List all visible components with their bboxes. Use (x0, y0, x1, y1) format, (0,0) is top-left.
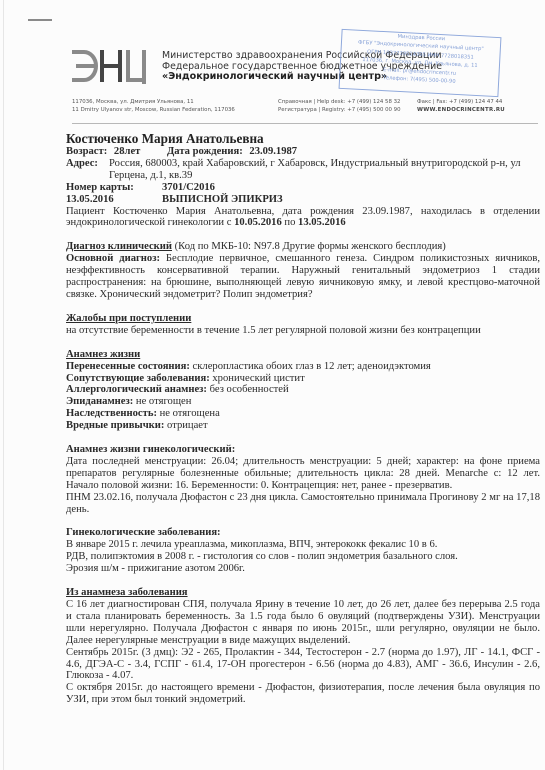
diagnosis-heading-row: Диагноз клинический (Код по МКБ-10: N97.… (66, 241, 540, 253)
document-title-row: 13.05.2016 ВЫПИСНОЙ ЭПИКРИЗ (66, 194, 540, 206)
patient-name: Костюченко Мария Анатольевна (66, 131, 540, 146)
item-value: отрицает (164, 420, 207, 431)
fax-web-block: Факс | Fax: +7 (499) 124 47 44 WWW.ENDOC… (417, 98, 505, 114)
address-block: 117036, Москва, ул. Дмитрия Ульянова, 11… (72, 98, 235, 114)
institution-stamp: Минздрав России ФГБУ "Эндокринологически… (339, 29, 502, 97)
disease-anamnesis-heading: Из анамнеза заболевания (66, 587, 540, 599)
address-row: Адрес: Россия, 680003, край Хабаровский,… (66, 158, 540, 182)
item-value: не отягощена (157, 408, 220, 419)
complaints-heading: Жалобы при поступлении (66, 313, 540, 325)
gyn-disease-line: Эрозия ш/м - прижигание азотом 2006г. (66, 563, 540, 575)
address-value: Россия, 680003, край Хабаровский, г Хаба… (109, 158, 540, 182)
item-label: Наследственность: (66, 408, 157, 419)
item-label: Сопутствующие заболевания: (66, 373, 210, 384)
card-label: Номер карты: (66, 182, 162, 194)
age-value: 28лет (114, 146, 140, 157)
dob-label: Дата рождения: (167, 146, 243, 157)
item-value: хронический цистит (210, 373, 305, 384)
icd-code-note: (Код по МКБ-10: N97.8 Другие формы женск… (172, 241, 446, 252)
diagnosis-heading: Диагноз клинический (66, 241, 172, 252)
lab-results-paragraph: Сентябрь 2015г. (3 дмц): Э2 - 265, Прола… (66, 647, 540, 683)
gyn-disease-line: РДВ, полипэктомия в 2008 г. - гистология… (66, 551, 540, 563)
item-label: Эпиданамнез: (66, 396, 133, 407)
disease-anamnesis-paragraph: С октября 2015г. до настоящего времени -… (66, 682, 540, 706)
life-anamnesis-heading: Анамнез жизни (66, 349, 540, 361)
helpdesk-phone: Справочная | Help desk: +7 (499) 124 58 … (278, 98, 401, 106)
stay-to-date: 13.05.2016 (298, 217, 346, 228)
scan-mark (28, 19, 52, 21)
disease-anamnesis-paragraph: С 16 лет диагностирован СПЯ, получала Яр… (66, 599, 540, 647)
life-anamnesis-item: Эпиданамнез: не отягощен (66, 396, 540, 408)
document-date: 13.05.2016 (66, 194, 162, 206)
document-title: ВЫПИСНОЙ ЭПИКРИЗ (162, 194, 283, 206)
address-label: Адрес: (66, 158, 109, 182)
item-value: без особенностей (207, 384, 289, 395)
life-anamnesis-item: Сопутствующие заболевания: хронический ц… (66, 373, 540, 385)
card-number-row: Номер карты: 3701/C2016 (66, 182, 540, 194)
document-page: Министерство здравоохранения Российской … (0, 0, 545, 770)
age-label: Возраст: (66, 146, 107, 157)
stay-from-date: 10.05.2016 (234, 217, 282, 228)
life-anamnesis-item: Аллергологический анамнез: без особеннос… (66, 384, 540, 396)
complaints-text: на отсутствие беременности в течение 1.5… (66, 325, 540, 337)
item-value: склеропластика обоих глаз в 12 лет; аден… (190, 361, 431, 372)
life-anamnesis-item: Вредные привычки: отрицает (66, 420, 540, 432)
main-diagnosis: Основной диагноз: Бесплодие первичное, с… (66, 253, 540, 301)
main-diagnosis-label: Основной диагноз: (66, 253, 160, 264)
header-divider (72, 123, 538, 124)
intro-paragraph: Пациент Костюченко Мария Анатольевна, да… (66, 206, 540, 230)
item-label: Перенесенные состояния: (66, 361, 190, 372)
item-label: Вредные привычки: (66, 420, 164, 431)
life-anamnesis-item: Наследственность: не отягощена (66, 408, 540, 420)
item-label: Аллергологический анамнез: (66, 384, 207, 395)
age-dob-row: Возраст: 28лет Дата рождения: 23.09.1987 (66, 146, 540, 158)
page-edge (3, 0, 4, 770)
gyn-disease-line: В январе 2015 г. лечила уреаплазма, мико… (66, 539, 540, 551)
card-value: 3701/C2016 (162, 182, 215, 194)
address-ru: 117036, Москва, ул. Дмитрия Ульянова, 11 (72, 98, 235, 106)
gyn-anamnesis-heading: Анамнез жизни гинекологический: (66, 444, 540, 456)
enc-logo (68, 48, 148, 84)
gyn-anamnesis-paragraph: Дата последней менструации: 26.04; длите… (66, 456, 540, 492)
address-en: 11 Dmitry Ulyanov str, Moscow, Russian F… (72, 106, 235, 114)
registry-phone: Регистратура | Registry: +7 (495) 500 00… (278, 106, 401, 114)
fax-number: Факс | Fax: +7 (499) 124 47 44 (417, 98, 505, 106)
life-anamnesis-item: Перенесенные состояния: склеропластика о… (66, 361, 540, 373)
item-value: не отягощен (133, 396, 191, 407)
gyn-diseases-heading: Гинекологические заболевания: (66, 527, 540, 539)
gyn-anamnesis-paragraph: ПНМ 23.02.16, получала Дюфастон с 23 дня… (66, 492, 540, 516)
dob-value: 23.09.1987 (249, 146, 297, 157)
intro-mid: по (282, 217, 298, 228)
phones-block: Справочная | Help desk: +7 (499) 124 58 … (278, 98, 401, 114)
website-link[interactable]: WWW.ENDOCRINCENTR.RU (417, 106, 505, 114)
document-body: Костюченко Мария Анатольевна Возраст: 28… (66, 131, 540, 706)
